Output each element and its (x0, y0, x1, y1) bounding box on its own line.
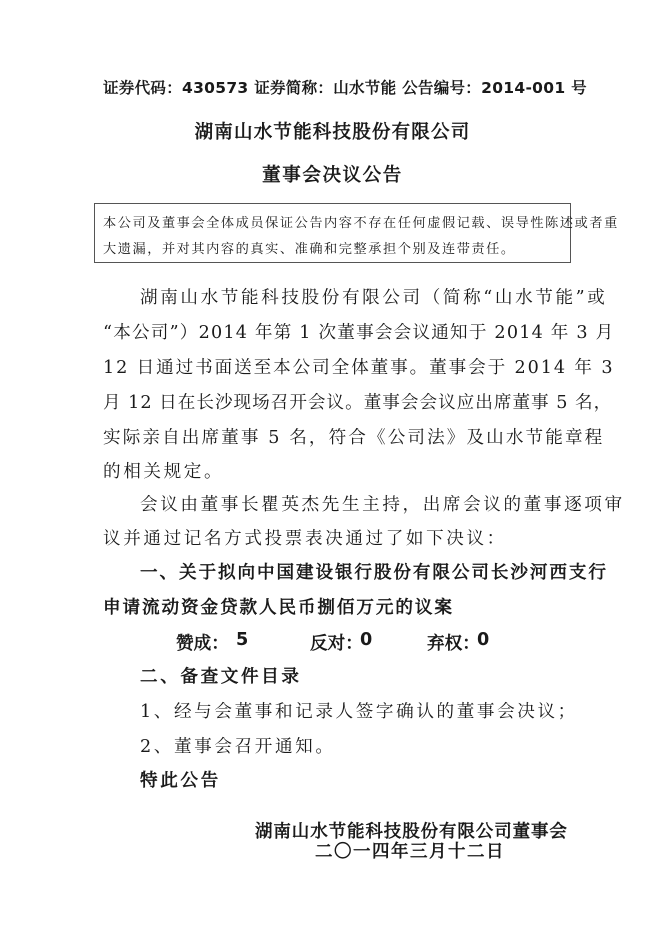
paragraph-line: 议并通过记名方式投票表决通过了如下决议： (103, 525, 507, 550)
paragraph-line: 实际亲自出席董事 5 名，符合《公司法》及山水节能章程 (103, 424, 604, 449)
document-title: 董事会决议公告 (0, 161, 665, 187)
disclaimer-line: 大遗漏，并对其内容的真实、准确和完整承担个别及连带责任。 (103, 238, 516, 257)
paragraph-line: “本公司”）2014 年第 1 次董事会会议通知于 2014 年 3 月 (103, 319, 614, 344)
resolution-title-line: 申请流动资金贷款人民币捌佰万元的议案 (103, 594, 454, 619)
disclaimer-box: 本公司及董事会全体成员保证公告内容不存在任何虚假记载、误导性陈述或者重 大遗漏，… (94, 203, 571, 263)
paragraph-line: 月 12 日在长沙现场召开会议。董事会会议应出席董事 5 名， (103, 389, 612, 414)
paragraph-line: 的相关规定。 (103, 458, 224, 483)
vote-abstain-value: 0 (477, 630, 489, 650)
signature-date: 二〇一四年三月十二日 (315, 838, 505, 863)
vote-for-label: 赞成： (176, 630, 229, 655)
paragraph-line: 湖南山水节能科技股份有限公司（简称“山水节能”或 (140, 284, 607, 309)
paragraph-line: 会议由董事长瞿英杰先生主持，出席会议的董事逐项审 (140, 491, 625, 516)
resolution-title-line: 一、关于拟向中国建设银行股份有限公司长沙河西支行 (140, 559, 608, 584)
vote-against-label: 反对： (310, 630, 363, 655)
vote-for-value: 5 (236, 630, 248, 650)
paragraph-line: 12 日通过书面送至本公司全体董事。董事会于 2014 年 3 (103, 354, 615, 379)
closing-statement: 特此公告 (140, 767, 221, 792)
section-title: 二、备查文件目录 (140, 663, 302, 688)
company-title: 湖南山水节能科技股份有限公司 (0, 118, 665, 144)
vote-abstain-label: 弃权： (427, 630, 480, 655)
vote-against-value: 0 (360, 630, 372, 650)
list-item: 2、董事会召开通知。 (140, 733, 336, 758)
disclaimer-line: 本公司及董事会全体成员保证公告内容不存在任何虚假记载、误导性陈述或者重 (103, 212, 619, 231)
securities-info-header: 证券代码：430573 证券简称：山水节能 公告编号：2014-001 号 (103, 76, 587, 98)
list-item: 1、经与会董事和记录人签字确认的董事会决议； (140, 698, 578, 723)
